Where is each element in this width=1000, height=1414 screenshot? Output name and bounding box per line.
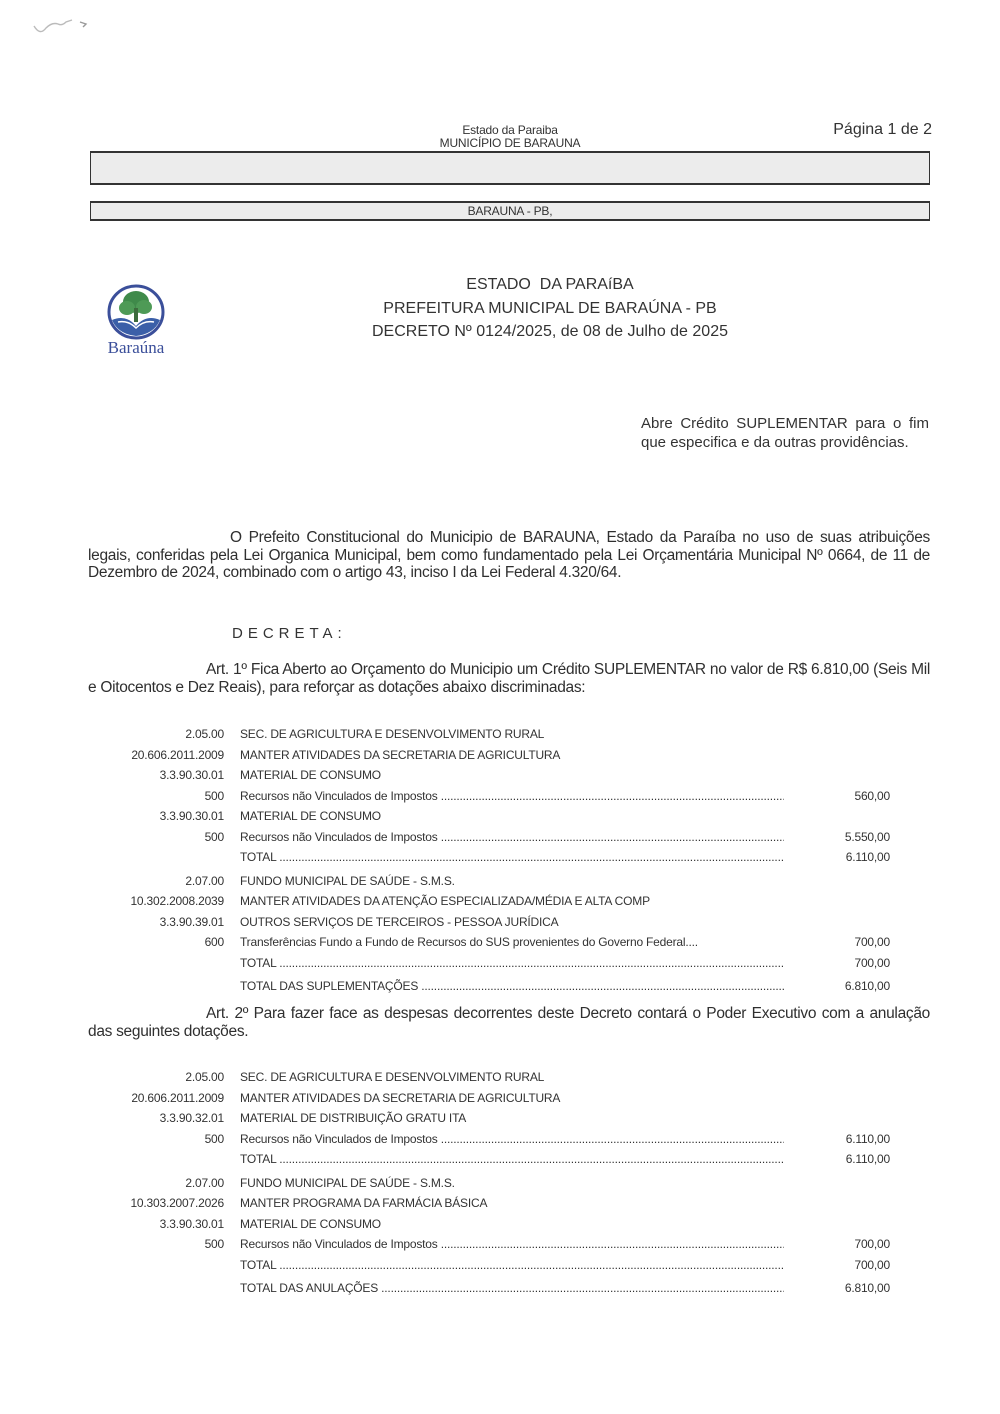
row-code: 500 <box>205 827 224 848</box>
row-description: Recursos não Vinculados de Impostos <box>240 786 784 807</box>
row-code: 3.3.90.30.01 <box>160 765 224 786</box>
row-description: MATERIAL DE CONSUMO <box>240 1214 381 1235</box>
row-value: 6.810,00 <box>845 976 890 997</box>
row-description: TOTAL <box>240 1255 784 1276</box>
table-row: 20.606.2011.2009MANTER ATIVIDADES DA SEC… <box>90 745 900 766</box>
row-description: Transferências Fundo a Fundo de Recursos… <box>240 932 698 953</box>
preamble: O Prefeito Constitucional do Municipio d… <box>88 529 930 582</box>
row-description: TOTAL DAS ANULAÇÕES <box>240 1278 784 1299</box>
table-row: 500Recursos não Vinculados de Impostos5.… <box>90 827 900 848</box>
table-row: 3.3.90.30.01MATERIAL DE CONSUMO <box>90 765 900 786</box>
page-indicator: Página 1 de 2 <box>833 121 932 139</box>
row-description: Recursos não Vinculados de Impostos <box>240 1129 784 1150</box>
row-description: MANTER ATIVIDADES DA SECRETARIA DE AGRIC… <box>240 745 560 766</box>
row-value: 6.110,00 <box>846 847 890 868</box>
table-row: 20.606.2011.2009MANTER ATIVIDADES DA SEC… <box>90 1088 900 1109</box>
row-description: SEC. DE AGRICULTURA E DESENVOLVIMENTO RU… <box>240 1067 544 1088</box>
title-prefecture: PREFEITURA MUNICIPAL DE BARAÚNA - PB <box>340 297 760 321</box>
row-value: 6.110,00 <box>846 1149 890 1170</box>
article-2-text: Art. 2º Para fazer face as despesas deco… <box>88 1005 930 1040</box>
handwritten-mark <box>28 12 108 36</box>
table-row: 2.07.00FUNDO MUNICIPAL DE SAÚDE - S.M.S. <box>90 1173 900 1194</box>
municipality-line: MUNICÍPIO DE BARAUNA <box>380 137 640 150</box>
table-row: 3.3.90.30.01MATERIAL DE CONSUMO <box>90 1214 900 1235</box>
row-code: 500 <box>205 1129 224 1150</box>
article-1-text: Art. 1º Fica Aberto ao Orçamento do Muni… <box>88 661 930 696</box>
table-row: 3.3.90.30.01MATERIAL DE CONSUMO <box>90 806 900 827</box>
row-value: 700,00 <box>854 1255 890 1276</box>
row-value: 6.110,00 <box>846 1129 890 1150</box>
row-description: FUNDO MUNICIPAL DE SAÚDE - S.M.S. <box>240 1173 455 1194</box>
table-row: 3.3.90.32.01MATERIAL DE DISTRIBUIÇÃO GRA… <box>90 1108 900 1129</box>
table-row: TOTAL700,00 <box>90 1255 900 1276</box>
table-row: 500Recursos não Vinculados de Impostos6.… <box>90 1129 900 1150</box>
row-description: FUNDO MUNICIPAL DE SAÚDE - S.M.S. <box>240 871 455 892</box>
row-description: MANTER ATIVIDADES DA SECRETARIA DE AGRIC… <box>240 1088 560 1109</box>
row-description: TOTAL <box>240 847 784 868</box>
ementa: Abre Crédito SUPLEMENTAR para o fim que … <box>641 414 929 452</box>
annulments-table: 2.05.00SEC. DE AGRICULTURA E DESENVOLVIM… <box>90 1067 900 1299</box>
table-row: 3.3.90.39.01OUTROS SERVIÇOS DE TERCEIROS… <box>90 912 900 933</box>
table-row: TOTAL6.110,00 <box>90 1149 900 1170</box>
row-code: 2.07.00 <box>185 871 224 892</box>
row-code: 20.606.2011.2009 <box>131 1088 224 1109</box>
decreta-heading: DECRETA: <box>232 625 347 642</box>
row-code: 600 <box>205 932 224 953</box>
table-row: 500Recursos não Vinculados de Impostos70… <box>90 1234 900 1255</box>
row-code: 2.05.00 <box>185 724 224 745</box>
row-code: 3.3.90.39.01 <box>160 912 224 933</box>
row-description: MATERIAL DE DISTRIBUIÇÃO GRATU ITA <box>240 1108 466 1129</box>
row-code: 20.606.2011.2009 <box>131 745 224 766</box>
decree-title: ESTADO DA PARAíBA PREFEITURA MUNICIPAL D… <box>340 273 760 344</box>
row-value: 5.550,00 <box>845 827 890 848</box>
table-row: TOTAL DAS SUPLEMENTAÇÕES6.810,00 <box>90 976 900 997</box>
row-description: SEC. DE AGRICULTURA E DESENVOLVIMENTO RU… <box>240 724 544 745</box>
title-decree-number: DECRETO Nº 0124/2025, de 08 de Julho de … <box>340 320 760 344</box>
table-row: 10.302.2008.2039MANTER ATIVIDADES DA ATE… <box>90 891 900 912</box>
row-code: 2.07.00 <box>185 1173 224 1194</box>
row-description: TOTAL <box>240 953 784 974</box>
row-code: 10.302.2008.2039 <box>130 891 224 912</box>
row-description: OUTROS SERVIÇOS DE TERCEIROS - PESSOA JU… <box>240 912 558 933</box>
document-header: Estado da Paraiba MUNICÍPIO DE BARAUNA <box>380 124 640 150</box>
supplements-table: 2.05.00SEC. DE AGRICULTURA E DESENVOLVIM… <box>90 724 900 997</box>
row-value: 700,00 <box>854 1234 890 1255</box>
row-code: 10.303.2007.2026 <box>130 1193 224 1214</box>
header-bar <box>90 151 930 185</box>
logo-text: Baraúna <box>96 338 176 358</box>
table-row: 2.05.00SEC. DE AGRICULTURA E DESENVOLVIM… <box>90 724 900 745</box>
table-row: 2.07.00FUNDO MUNICIPAL DE SAÚDE - S.M.S. <box>90 871 900 892</box>
row-value: 700,00 <box>854 953 890 974</box>
table-row: TOTAL700,00 <box>90 953 900 974</box>
row-description: MATERIAL DE CONSUMO <box>240 765 381 786</box>
row-value: 6.810,00 <box>845 1278 890 1299</box>
row-code: 3.3.90.30.01 <box>160 1214 224 1235</box>
row-description: MANTER ATIVIDADES DA ATENÇÃO ESPECIALIZA… <box>240 891 650 912</box>
row-description: MANTER PROGRAMA DA FARMÁCIA BÁSICA <box>240 1193 487 1214</box>
table-row: 10.303.2007.2026MANTER PROGRAMA DA FARMÁ… <box>90 1193 900 1214</box>
title-state: ESTADO DA PARAíBA <box>340 273 760 297</box>
table-row: TOTAL DAS ANULAÇÕES6.810,00 <box>90 1278 900 1299</box>
row-code: 500 <box>205 1234 224 1255</box>
row-code: 3.3.90.30.01 <box>160 806 224 827</box>
row-value: 700,00 <box>854 932 890 953</box>
row-code: 2.05.00 <box>185 1067 224 1088</box>
row-code: 3.3.90.32.01 <box>160 1108 224 1129</box>
article-2: Art. 2º Para fazer face as despesas deco… <box>88 1005 930 1040</box>
article-1: Art. 1º Fica Aberto ao Orçamento do Muni… <box>88 661 930 696</box>
row-description: Recursos não Vinculados de Impostos <box>240 1234 784 1255</box>
row-description: MATERIAL DE CONSUMO <box>240 806 381 827</box>
row-description: TOTAL <box>240 1149 784 1170</box>
row-description: TOTAL DAS SUPLEMENTAÇÕES <box>240 976 784 997</box>
table-row: 500Recursos não Vinculados de Impostos56… <box>90 786 900 807</box>
table-row: TOTAL6.110,00 <box>90 847 900 868</box>
preamble-text: O Prefeito Constitucional do Municipio d… <box>88 529 930 581</box>
row-description: Recursos não Vinculados de Impostos <box>240 827 784 848</box>
table-row: 600Transferências Fundo a Fundo de Recur… <box>90 932 900 953</box>
row-code: 500 <box>205 786 224 807</box>
row-value: 560,00 <box>854 786 890 807</box>
location-bar: BARAUNA - PB, <box>90 201 930 221</box>
table-row: 2.05.00SEC. DE AGRICULTURA E DESENVOLVIM… <box>90 1067 900 1088</box>
